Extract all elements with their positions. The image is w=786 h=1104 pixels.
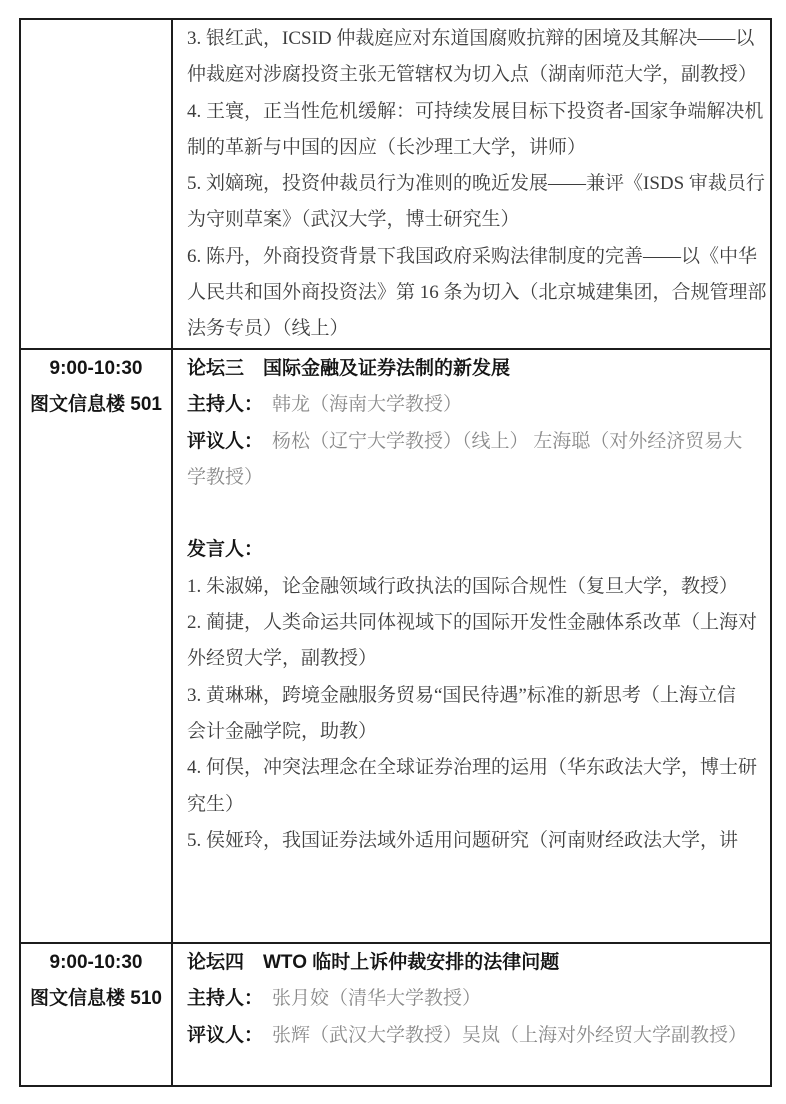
session-cell-forum-continued: 3. 银红武，ICSID 仲裁庭应对东道国腐败抗辩的困境及其解决——以 仲裁庭对… [173, 20, 770, 350]
session-time: 9:00-10:30 [21, 351, 171, 387]
conference-schedule-table: 3. 银红武，ICSID 仲裁庭应对东道国腐败抗辩的困境及其解决——以 仲裁庭对… [19, 18, 772, 1087]
session-cell-forum4: 论坛四 WTO 临时上诉仲裁安排的法律问题 主持人：张月姣（清华大学教授） 评议… [173, 944, 770, 1085]
panelist-line: 评议人：杨松（辽宁大学教授）（线上） 左海聪（对外经济贸易大 [187, 424, 764, 460]
host-label: 主持人： [187, 394, 263, 415]
speaker-line: 外经贸大学，副教授） [187, 641, 764, 677]
blank-line [187, 496, 764, 532]
session-location: 图文信息楼 501 [21, 387, 171, 423]
host-line: 主持人：韩龙（海南大学教授） [187, 387, 764, 423]
time-location-cell-forum3: 9:00-10:30 图文信息楼 501 [21, 350, 173, 944]
speaker-line: 会计金融学院，助教） [187, 714, 764, 750]
panelist-value: 张辉（武汉大学教授）吴岚（上海对外经贸大学副教授） [272, 1025, 747, 1046]
host-label: 主持人： [187, 988, 263, 1009]
panelist-label: 评议人： [187, 431, 263, 452]
speaker-line: 2. 蔺捷，人类命运共同体视域下的国际开发性金融体系改革（上海对 [187, 605, 764, 641]
speaker-line: 人民共和国外商投资法》第 16 条为切入（北京城建集团，合规管理部 [187, 275, 764, 311]
host-value: 韩龙（海南大学教授） [272, 394, 462, 415]
speaker-line: 5. 侯娅玲，我国证券法域外适用问题研究（河南财经政法大学，讲 [187, 823, 764, 859]
time-location-cell-empty [21, 20, 173, 350]
panelist-line: 评议人：张辉（武汉大学教授）吴岚（上海对外经贸大学副教授） [187, 1018, 764, 1054]
speaker-line: 究生） [187, 787, 764, 823]
time-location-cell-forum4: 9:00-10:30 图文信息楼 510 [21, 944, 173, 1085]
session-location: 图文信息楼 510 [21, 981, 171, 1017]
forum-title: 论坛三 国际金融及证券法制的新发展 [187, 351, 764, 387]
speaker-line: 制的革新与中国的因应（长沙理工大学，讲师） [187, 130, 764, 166]
speaker-line: 3. 银红武，ICSID 仲裁庭应对东道国腐败抗辩的困境及其解决——以 [187, 21, 764, 57]
panelist-value-wrap: 学教授） [187, 460, 764, 496]
speaker-line: 法务专员）（线上） [187, 311, 764, 347]
forum-title: 论坛四 WTO 临时上诉仲裁安排的法律问题 [187, 945, 764, 981]
speaker-line: 1. 朱淑娣，论金融领域行政执法的国际合规性（复旦大学，教授） [187, 569, 764, 605]
document-page: 3. 银红武，ICSID 仲裁庭应对东道国腐败抗辩的困境及其解决——以 仲裁庭对… [0, 0, 786, 1104]
panelist-label: 评议人： [187, 1025, 263, 1046]
host-line: 主持人：张月姣（清华大学教授） [187, 981, 764, 1017]
speaker-line: 为守则草案》（武汉大学，博士研究生） [187, 202, 764, 238]
speaker-line: 4. 何俣，冲突法理念在全球证券治理的运用（华东政法大学，博士研 [187, 750, 764, 786]
speaker-line: 5. 刘嫡琬，投资仲裁员行为准则的晚近发展——兼评《ISDS 审裁员行 [187, 166, 764, 202]
speaker-line: 6. 陈丹，外商投资背景下我国政府采购法律制度的完善——以《中华 [187, 239, 764, 275]
speaker-line: 仲裁庭对涉腐投资主张无管辖权为切入点（湖南师范大学，副教授） [187, 57, 764, 93]
panelist-value: 杨松（辽宁大学教授）（线上） 左海聪（对外经济贸易大 [272, 431, 742, 452]
session-cell-forum3: 论坛三 国际金融及证券法制的新发展 主持人：韩龙（海南大学教授） 评议人：杨松（… [173, 350, 770, 944]
speakers-label: 发言人： [187, 532, 764, 568]
speaker-line: 3. 黄琳琳，跨境金融服务贸易“国民待遇”标准的新思考（上海立信 [187, 678, 764, 714]
speaker-line: 4. 王寰，正当性危机缓解：可持续发展目标下投资者-国家争端解决机 [187, 94, 764, 130]
host-value: 张月姣（清华大学教授） [272, 988, 481, 1009]
session-time: 9:00-10:30 [21, 945, 171, 981]
